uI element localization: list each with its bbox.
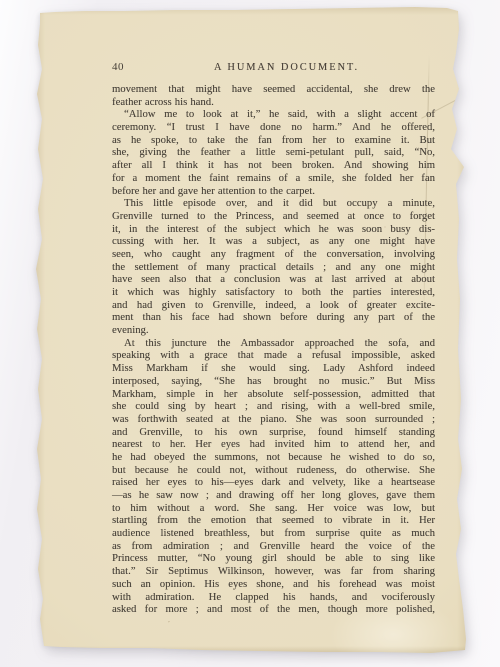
text-line: Grenville turned to the Princess, and se…	[112, 211, 435, 224]
text-line: and Grenville, to his own surprise, foun…	[112, 427, 435, 440]
text-line: was forthwith seated at the piano. She w…	[112, 414, 435, 427]
text-line: that.” Sir Septimus Wilkinson, however, …	[112, 566, 435, 579]
text-line: such an opinion. His eyes shone, and his…	[112, 579, 435, 592]
text-line: ceremony. “I trust I have done no harm.”…	[112, 122, 435, 135]
text-line: asked for more ; and most of the men, th…	[112, 604, 435, 617]
text-line: audience listened breathless, but from s…	[112, 528, 435, 541]
text-line: raised her eyes to his—eyes dark and vel…	[112, 477, 435, 490]
text-line: she could sing by heart ; and rising, wi…	[112, 401, 435, 414]
text-line: as from admiration ; and Grenville heard…	[112, 541, 435, 554]
running-title: A HUMAN DOCUMENT.	[214, 62, 359, 73]
text-line: to him without a word. She sang. Her voi…	[112, 503, 435, 516]
text-line: feather across his hand.	[112, 97, 435, 110]
text-line: “Allow me to look at it,” he said, with …	[112, 109, 435, 122]
text-line: Markham, simple in her absolute self-pos…	[112, 389, 435, 402]
page-header: 40 A HUMAN DOCUMENT.	[112, 61, 435, 75]
text-line: he had obeyed the summons, not because h…	[112, 452, 435, 465]
text-line: At this juncture the Ambassador approach…	[112, 338, 435, 351]
paper-sheet: 40 A HUMAN DOCUMENT. movement that might…	[35, 7, 467, 654]
text-line: with admiration. He clapped his hands, a…	[112, 592, 435, 605]
text-line: seen, who caught any fragment of the con…	[112, 249, 435, 262]
page-number: 40	[112, 61, 124, 73]
text-line: the settlement of many practical details…	[112, 262, 435, 275]
text-line: speaking with a grace that made a refusa…	[112, 350, 435, 363]
text-line: Princess mutter, “No young girl should b…	[112, 553, 435, 566]
text-line: Miss Markham if she would sing. Lady Ash…	[112, 363, 435, 376]
text-line: interposed, saying, “She has brought no …	[112, 376, 435, 389]
text-line: evening.	[112, 325, 435, 338]
text-line: nearest to her. Her eyes had invited him…	[112, 439, 435, 452]
text-lines: movement that might have seemed accident…	[112, 84, 435, 617]
text-line: but because he could not, without rudene…	[112, 465, 435, 478]
text-line: she, giving the feather a little semi-pe…	[112, 147, 435, 160]
text-line: it which was highly satisfactory to both…	[112, 287, 435, 300]
text-line: it, in the interest of the subject which…	[112, 224, 435, 237]
scanned-book-page-photo: 40 A HUMAN DOCUMENT. movement that might…	[0, 0, 500, 667]
text-line: cussing with her. It was a subject, as a…	[112, 236, 435, 249]
text-line: —as he saw now ; and drawing off her lon…	[112, 490, 435, 503]
text-line: and had given to Grenville, indeed, a lo…	[112, 300, 435, 313]
text-line: as he spoke, to take the fan from her to…	[112, 135, 435, 148]
text-line: ment than his face had shown before duri…	[112, 312, 435, 325]
text-line: have seen also that a conclusion was at …	[112, 274, 435, 287]
text-line: This little episode over, and it did but…	[112, 198, 435, 211]
text-line: before her and gave her attention to the…	[112, 186, 435, 199]
text-line: startling from the emotion that seemed t…	[112, 515, 435, 528]
text-line: movement that might have seemed accident…	[112, 84, 435, 97]
text-line: after all I think it has not been broken…	[112, 160, 435, 173]
book-page: 40 A HUMAN DOCUMENT. movement that might…	[35, 7, 467, 654]
text-line: for a moment the faint remains of a smil…	[112, 173, 435, 186]
